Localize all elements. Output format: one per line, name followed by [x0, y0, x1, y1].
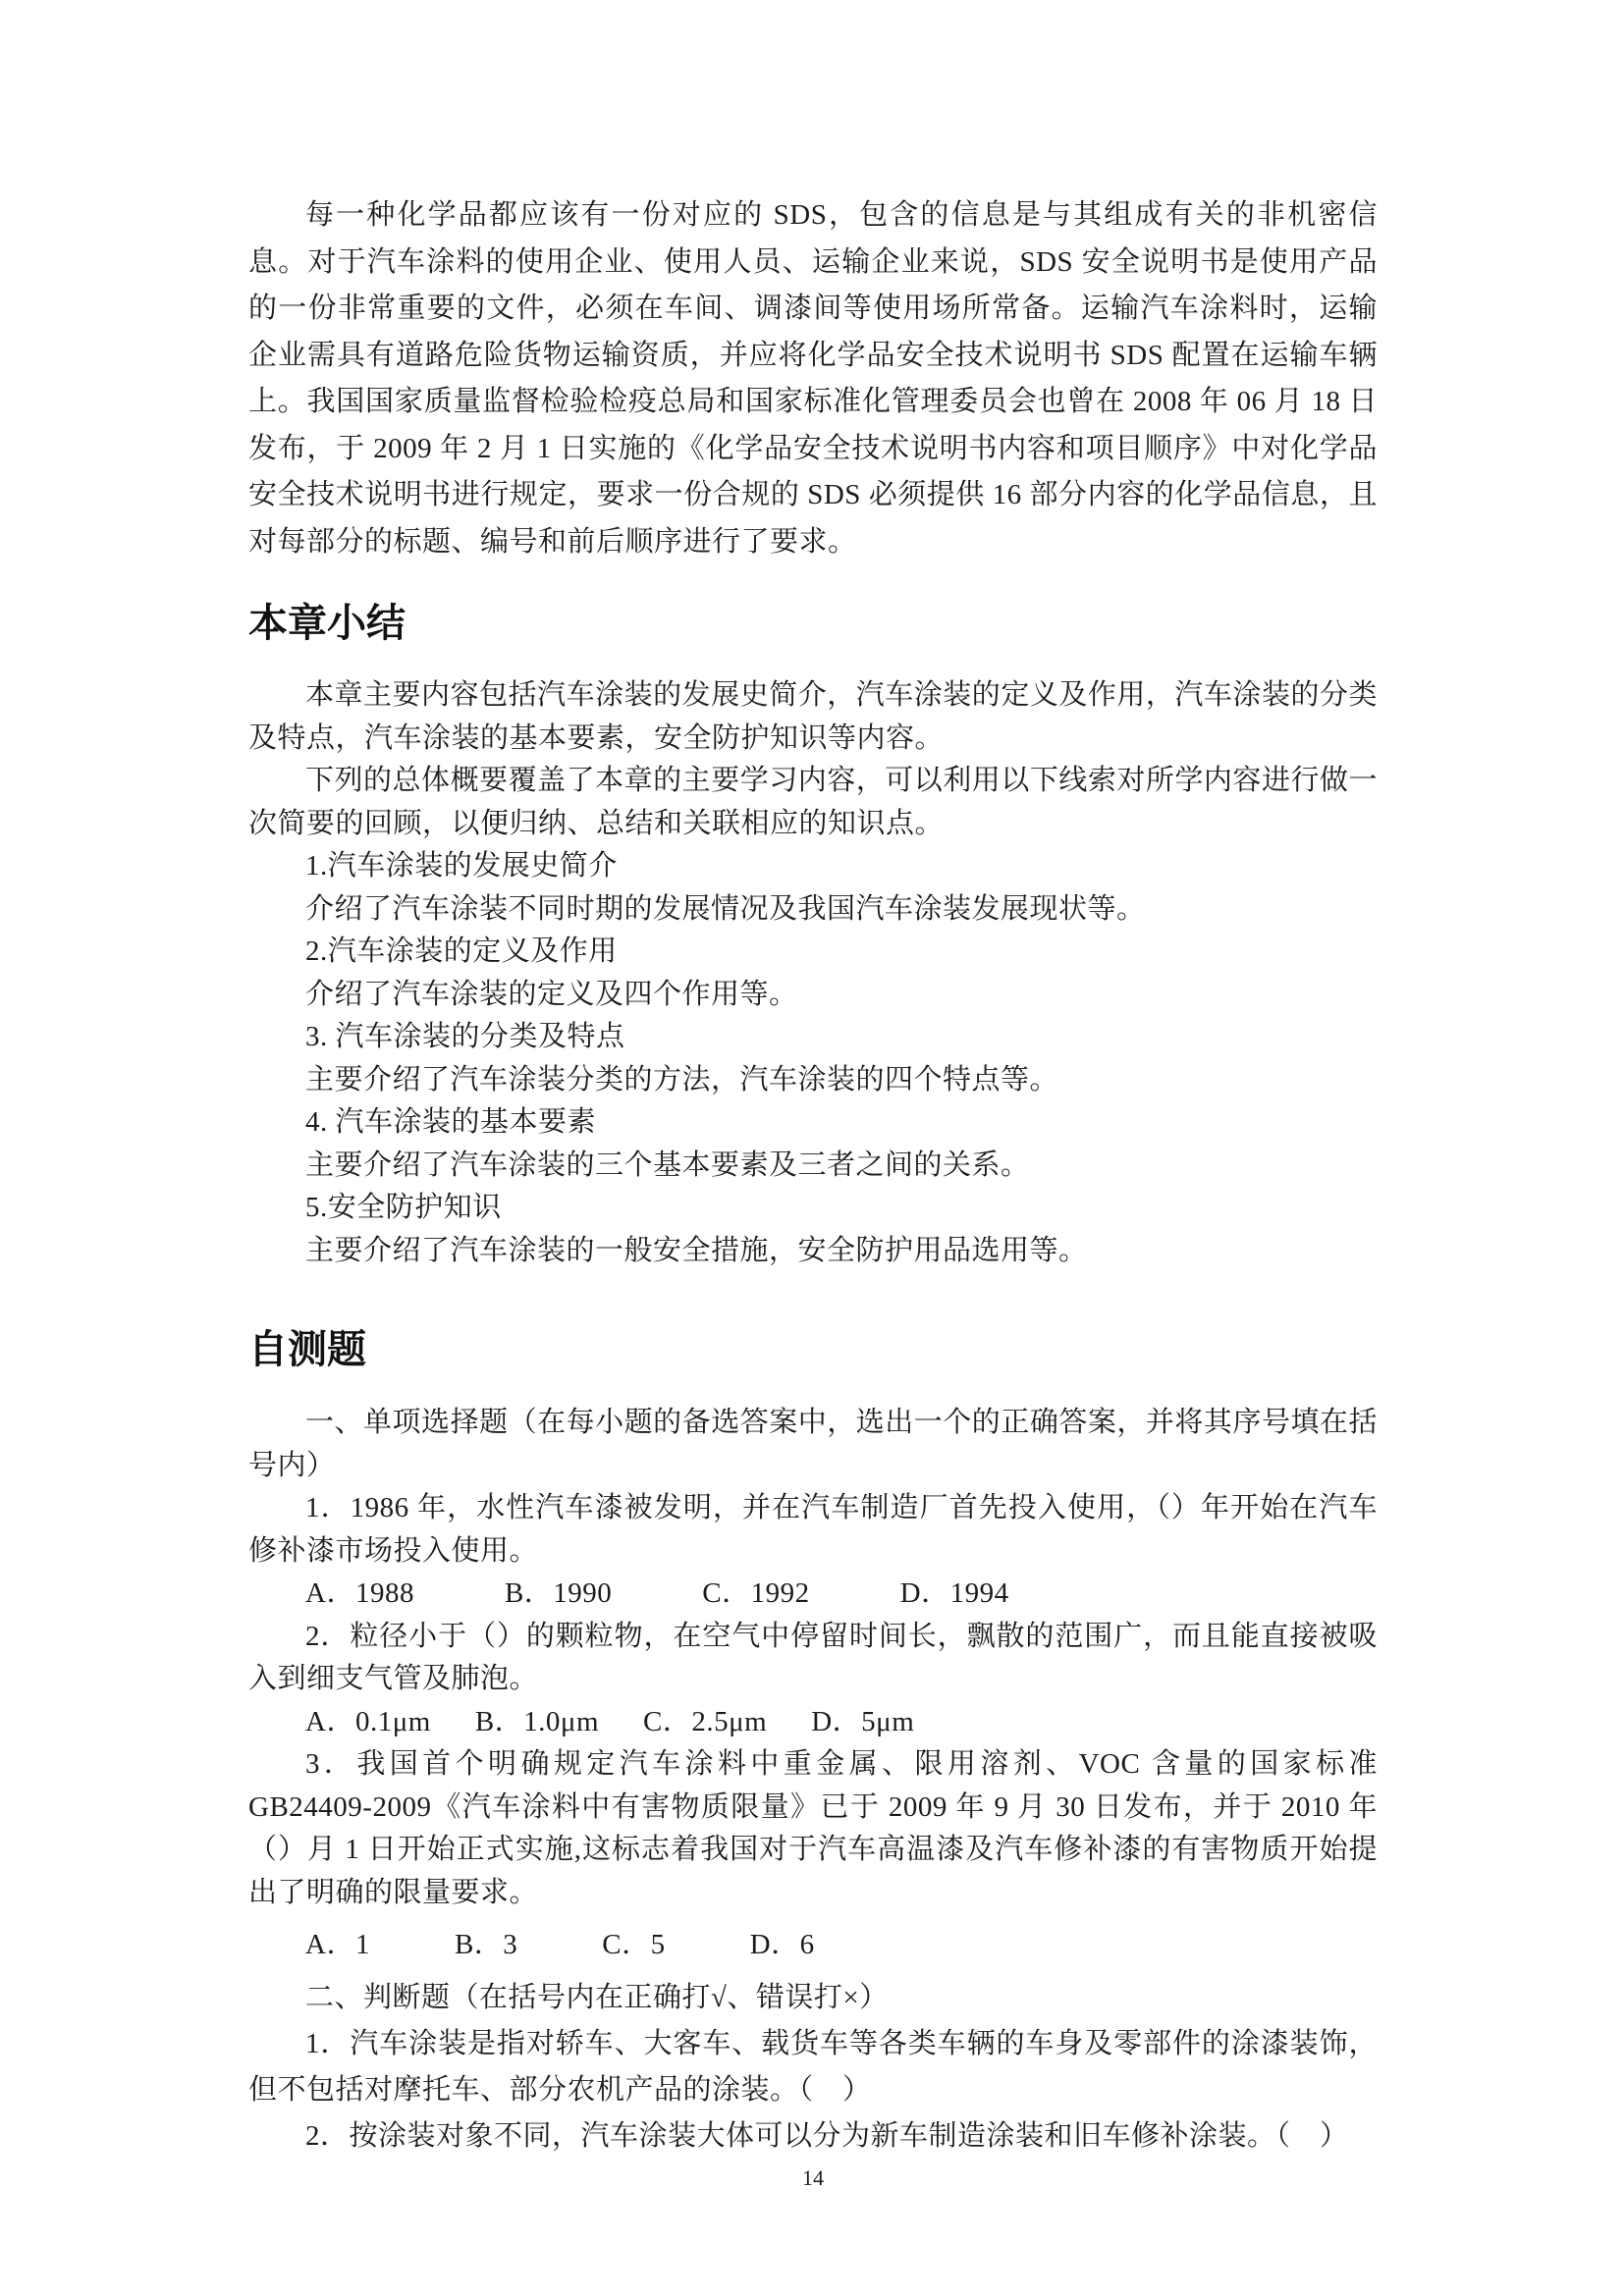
summary-item-title: 2.汽车涂装的定义及作用: [248, 931, 1378, 974]
summary-item-title: 4. 汽车涂装的基本要素: [248, 1101, 1378, 1145]
quiz-question-3-options: A．1 B．3 C．5 D．6: [248, 1924, 1378, 1967]
option-a: A．1: [305, 1924, 370, 1967]
summary-item-desc: 介绍了汽车涂装不同时期的发展情况及我国汽车涂装发展现状等。: [248, 888, 1378, 932]
document-page: 每一种化学品都应该有一份对应的 SDS，包含的信息是与其组成有关的非机密信息。对…: [0, 0, 1624, 2296]
option-c: C．5: [602, 1924, 665, 1967]
quiz-question-1-options: A．1988 B．1990 C．1992 D．1994: [248, 1573, 1378, 1616]
option-b: B．1990: [505, 1573, 612, 1616]
summary-item-desc: 主要介绍了汽车涂装分类的方法，汽车涂装的四个特点等。: [248, 1059, 1378, 1102]
page-number: 14: [248, 2165, 1378, 2191]
quiz-question-2-options: A．0.1μm B．1.0μm C．2.5μm D．5μm: [248, 1701, 1378, 1744]
summary-paragraph-2: 下列的总体概要覆盖了本章的主要学习内容，可以利用以下线索对所学内容进行做一次简要…: [248, 760, 1378, 845]
option-d: D．5μm: [811, 1701, 914, 1744]
quiz-heading: 自测题: [248, 1327, 1378, 1372]
summary-item-title: 1.汽车涂装的发展史简介: [248, 845, 1378, 888]
intro-paragraph: 每一种化学品都应该有一份对应的 SDS，包含的信息是与其组成有关的非机密信息。对…: [248, 192, 1378, 565]
quiz-question-3: 3．我国首个明确规定汽车涂料中重金属、限用溶剂、VOC 含量的国家标准 GB24…: [248, 1743, 1378, 1914]
option-b: B．3: [455, 1924, 517, 1967]
summary-heading: 本章小结: [248, 601, 1378, 646]
quiz-section1-intro: 一、单项选择题（在每小题的备选答案中，选出一个的正确答案，并将其序号填在括号内）: [248, 1402, 1378, 1487]
summary-paragraph-1: 本章主要内容包括汽车涂装的发展史简介，汽车涂装的定义及作用，汽车涂装的分类及特点…: [248, 674, 1378, 760]
option-c: C．1992: [702, 1573, 809, 1616]
quiz-section2-intro: 二、判断题（在括号内在正确打√、错误打×）: [248, 1975, 1378, 2021]
quiz-tf-question-1: 1．汽车涂装是指对轿车、大客车、载货车等各类车辆的车身及零部件的涂漆装饰，但不包…: [248, 2021, 1378, 2113]
summary-item-desc: 主要介绍了汽车涂装的一般安全措施，安全防护用品选用等。: [248, 1230, 1378, 1273]
summary-item-desc: 主要介绍了汽车涂装的三个基本要素及三者之间的关系。: [248, 1145, 1378, 1188]
option-c: C．2.5μm: [643, 1701, 767, 1744]
option-a: A．1988: [305, 1573, 414, 1616]
summary-item-title: 5.安全防护知识: [248, 1187, 1378, 1230]
option-d: D．1994: [900, 1573, 1009, 1616]
option-d: D．6: [750, 1924, 815, 1967]
option-a: A．0.1μm: [305, 1701, 431, 1744]
quiz-question-2: 2．粒径小于（）的颗粒物，在空气中停留时间长，飘散的范围广，而且能直接被吸入到细…: [248, 1616, 1378, 1701]
summary-item-desc: 介绍了汽车涂装的定义及四个作用等。: [248, 974, 1378, 1017]
quiz-question-1: 1．1986 年，水性汽车漆被发明，并在汽车制造厂首先投入使用，（）年开始在汽车…: [248, 1487, 1378, 1573]
summary-item-title: 3. 汽车涂装的分类及特点: [248, 1016, 1378, 1059]
quiz-tf-question-2: 2．按涂装对象不同，汽车涂装大体可以分为新车制造涂装和旧车修补涂装。（ ）: [248, 2113, 1378, 2160]
option-b: B．1.0μm: [475, 1701, 599, 1744]
